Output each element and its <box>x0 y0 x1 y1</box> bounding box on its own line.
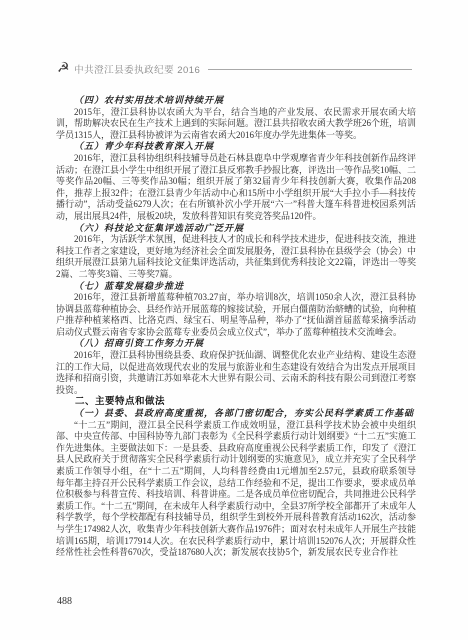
page-header: ☭ 中共澄江县委执政纪要 2016 <box>57 62 412 76</box>
section-subheading: （一）县委、县政府高度重视，各部门密切配合，夯实公民科学素质工作基础 <box>56 408 416 420</box>
header-rule <box>208 69 412 70</box>
section-subheading: （五）青少年科技教育深入开展 <box>56 141 416 153</box>
page-number: 488 <box>57 596 72 607</box>
section-subheading: （四）农村实用技术培训持续开展 <box>56 95 416 107</box>
paragraph: 2015年，澄江县科协以农函大为平台，结合当地的产业发展、农民需求开展农函大培训… <box>56 107 416 142</box>
section-heading: 二、主要特点和做法 <box>56 396 416 408</box>
paragraph: “十二五”期间，澄江县全民科学素质工作成效明显，澄江县科学技术协会被中央组织部、… <box>56 420 416 559</box>
section-subheading: （八）招商引资工作努力开展 <box>56 338 416 350</box>
paragraph: 2016年，澄江县新增蓝莓种植703.27亩，举办培训8次，培训1050余人次，… <box>56 292 416 338</box>
document-body: （四）农村实用技术培训持续开展2015年，澄江县科协以农函大为平台，结合当地的产… <box>56 95 416 559</box>
header-title: 中共澄江县委执政纪要 2016 <box>74 62 200 76</box>
paragraph: 2016年，澄江县科协围绕县委、政府保护抚仙湖、调整优化农业产业结构、建设生态澄… <box>56 350 416 396</box>
party-emblem-icon: ☭ <box>57 61 70 75</box>
section-subheading: （六）科技论文征集评选活动广泛开展 <box>56 223 416 235</box>
paragraph: 2016年，为活跃学术氛围，促进科技人才的成长和科学技术进步，促进科技交流，推进… <box>56 234 416 280</box>
document-page: ☭ 中共澄江县委执政纪要 2016 （四）农村实用技术培训持续开展2015年，澄… <box>0 0 468 640</box>
section-subheading: （七）蓝莓发展稳步推进 <box>56 281 416 293</box>
paragraph: 2016年，澄江县科协组织科技辅导员赴石林县鹿阜中学观摩省青少年科技创新作品终评… <box>56 153 416 223</box>
